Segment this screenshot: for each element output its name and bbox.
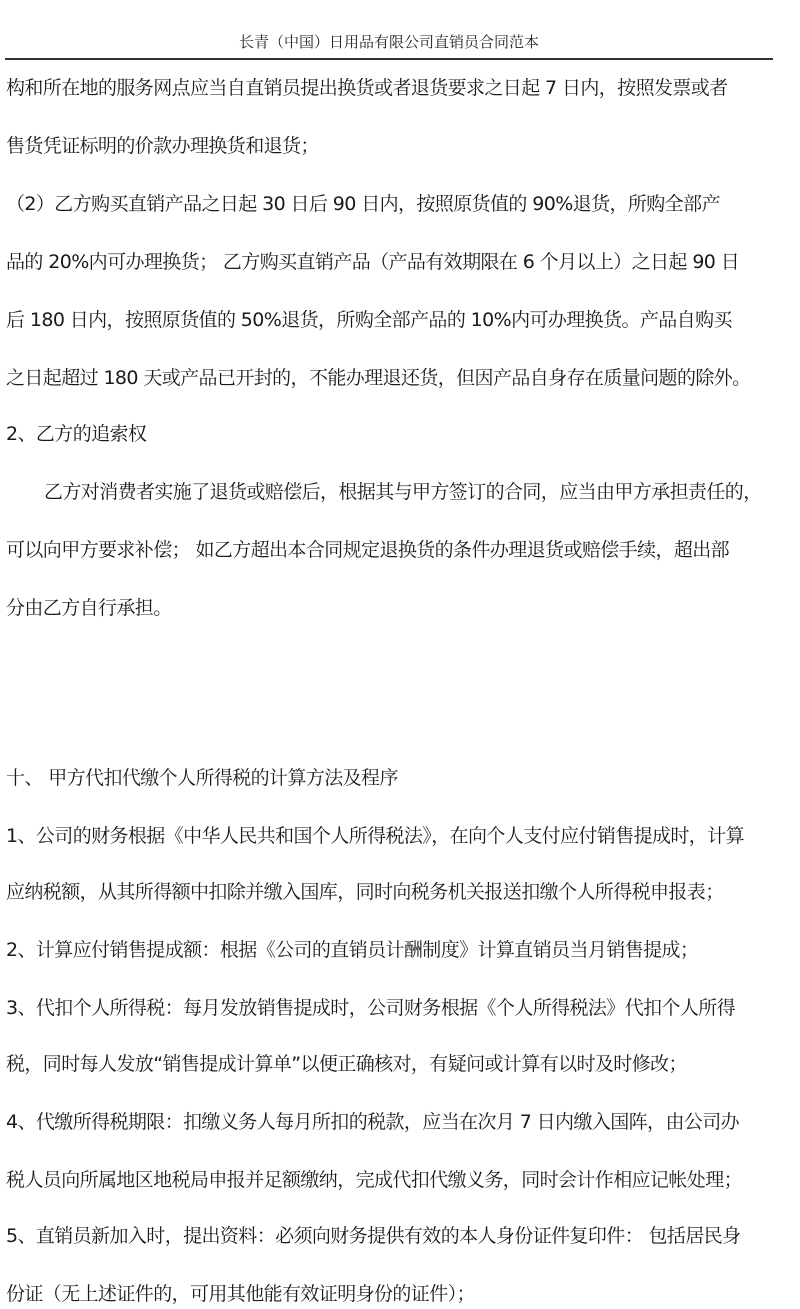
subsection-heading: 2、乙方的追索权	[6, 420, 776, 448]
paragraph-line: 后 180 日内，按照原货值的 50%退货，所购全部产品的 10%内可办理换货。…	[6, 306, 776, 334]
paragraph-line: 税，同时每人发放“销售提成计算单”以便正确核对，有疑问或计算有以时及时修改；	[6, 1050, 776, 1078]
item-2-line: 2、计算应付销售提成额：根据《公司的直销员计酬制度》计算直销员当月销售提成；	[6, 936, 776, 964]
paragraph-line: 品的 20%内可办理换货； 乙方购买直销产品（产品有效期限在 6 个月以上）之日…	[6, 248, 776, 276]
paragraph-line: 可以向甲方要求补偿； 如乙方超出本合同规定退换货的条件办理退货或赔偿手续，超出部	[6, 536, 776, 564]
clause-2-line: （2）乙方购买直销产品之日起 30 日后 90 日内，按照原货值的 90%退货，…	[6, 190, 776, 218]
paragraph-line: 之日起超过 180 天或产品已开封的，不能办理退还货，但因产品自身存在质量问题的…	[6, 364, 776, 392]
paragraph-line: 份证（无上述证件的，可用其他能有效证明身份的证件）；	[6, 1280, 776, 1308]
paragraph-line: 应纳税额，从其所得额中扣除并缴入国库，同时向税务机关报送扣缴个人所得税申报表；	[6, 878, 776, 906]
item-5-line: 5、直销员新加入时，提出资料：必须向财务提供有效的本人身份证件复印件： 包括居民…	[6, 1222, 776, 1250]
paragraph-line: 乙方对消费者实施了退货或赔偿后，根据其与甲方签订的合同，应当由甲方承担责任的，	[44, 478, 800, 506]
item-1-line: 1、公司的财务根据《中华人民共和国个人所得税法》，在向个人支付应付销售提成时，计…	[6, 822, 776, 850]
item-4-line: 4、代缴所得税期限：扣缴义务人每月所扣的税款，应当在次月 7 日内缴入国阵，由公…	[6, 1108, 776, 1136]
paragraph-line: 分由乙方自行承担。	[6, 594, 776, 622]
document-title: 长青（中国）日用品有限公司直销员合同范本	[5, 32, 773, 52]
paragraph-line: 构和所在地的服务网点应当自直销员提出换货或者退货要求之日起 7 日内，按照发票或…	[6, 74, 776, 102]
page-header: 长青（中国）日用品有限公司直销员合同范本	[5, 0, 773, 60]
item-3-line: 3、代扣个人所得税：每月发放销售提成时，公司财务根据《个人所得税法》代扣个人所得	[6, 994, 776, 1022]
paragraph-line: 售货凭证标明的价款办理换货和退货；	[6, 132, 776, 160]
paragraph-line: 税人员向所属地区地税局申报并足额缴纳，完成代扣代缴义务，同时会计作相应记帐处理；	[6, 1166, 776, 1194]
section-heading: 十、 甲方代扣代缴个人所得税的计算方法及程序	[6, 764, 776, 792]
